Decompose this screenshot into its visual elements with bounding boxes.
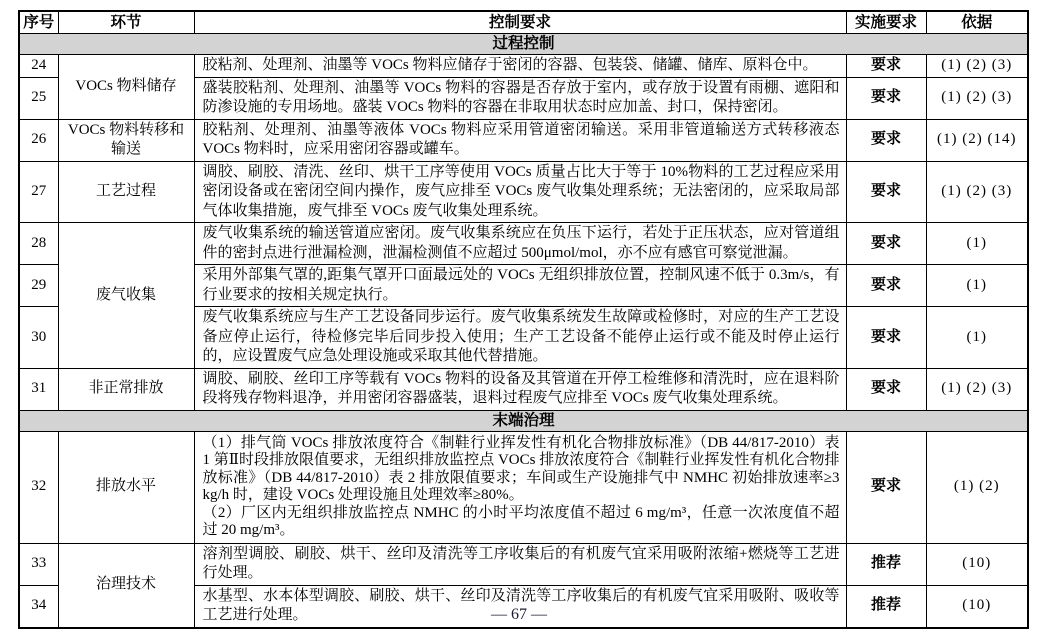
table-row: 31 非正常排放 调胶、刷胶、丝印工序等载有 VOCs 物料的设备及其管道在开停…	[19, 368, 1028, 410]
section-title-process-control: 过程控制	[19, 34, 1028, 55]
basis-cell: (1) (2)	[926, 431, 1028, 543]
seq-cell: 31	[19, 368, 58, 410]
control-requirement-cell: 胶粘剂、处理剂、油墨等液体 VOCs 物料应采用管道密闭输送。采用非管道输送方式…	[194, 119, 846, 161]
impl-requirement-cell: 要求	[846, 223, 926, 265]
stage-cell-emission-level: 排放水平	[58, 431, 194, 543]
control-requirement-cell: 调胶、刷胶、丝印工序等载有 VOCs 物料的设备及其管道在开停工检维修和清洗时，…	[194, 368, 846, 410]
header-basis: 依据	[926, 11, 1028, 34]
table-header-row: 序号 环节 控制要求 实施要求 依据	[19, 11, 1028, 34]
basis-cell: (1)	[926, 307, 1028, 369]
header-seq: 序号	[19, 11, 58, 34]
seq-cell: 26	[19, 119, 58, 161]
table-row: 32 排放水平 （1）排气筒 VOCs 排放浓度符合《制鞋行业挥发性有机化合物排…	[19, 431, 1028, 543]
header-stage: 环节	[58, 11, 194, 34]
table-row: 24 VOCs 物料储存 胶粘剂、处理剂、油墨等 VOCs 物料应储存于密闭的容…	[19, 55, 1028, 78]
table-row: 27 工艺过程 调胶、刷胶、清洗、丝印、烘干工序等使用 VOCs 质量占比大于等…	[19, 161, 1028, 223]
stage-cell-gas-collection: 废气收集	[58, 223, 194, 369]
table-row: 28 废气收集 废气收集系统的输送管道应密闭。废气收集系统应在负压下运行，若处于…	[19, 223, 1028, 265]
section-title-end-treatment: 末端治理	[19, 410, 1028, 431]
seq-cell: 27	[19, 161, 58, 223]
basis-cell: (1) (2) (14)	[926, 119, 1028, 161]
impl-requirement-cell: 要求	[846, 431, 926, 543]
basis-cell: (1) (2) (3)	[926, 77, 1028, 119]
impl-requirement-cell: 要求	[846, 265, 926, 307]
table-row: 33 治理技术 溶剂型调胶、刷胶、烘干、丝印及清洗等工序收集后的有机废气宜采用吸…	[19, 543, 1028, 585]
basis-cell: (1) (2) (3)	[926, 368, 1028, 410]
seq-cell: 24	[19, 55, 58, 78]
impl-requirement-cell: 推荐	[846, 543, 926, 585]
control-requirement-cell: （1）排气筒 VOCs 排放浓度符合《制鞋行业挥发性有机化合物排放标准》（DB …	[194, 431, 846, 543]
section-row-process-control: 过程控制	[19, 34, 1028, 55]
table-row: 26 VOCs 物料转移和输送 胶粘剂、处理剂、油墨等液体 VOCs 物料应采用…	[19, 119, 1028, 161]
control-requirement-cell: 溶剂型调胶、刷胶、烘干、丝印及清洗等工序收集后的有机废气宜采用吸附浓缩+燃烧等工…	[194, 543, 846, 585]
seq-cell: 33	[19, 543, 58, 585]
control-requirements-table: 序号 环节 控制要求 实施要求 依据 过程控制 24 VOCs 物料储存 胶粘剂…	[18, 10, 1029, 629]
basis-cell: (1) (2) (3)	[926, 55, 1028, 78]
seq-cell: 29	[19, 265, 58, 307]
control-requirement-cell: 废气收集系统应与生产工艺设备同步运行。废气收集系统发生故障或检修时，对应的生产工…	[194, 307, 846, 369]
control-requirement-cell: 废气收集系统的输送管道应密闭。废气收集系统应在负压下运行，若处于正压状态，应对管…	[194, 223, 846, 265]
impl-requirement-cell: 要求	[846, 55, 926, 78]
control-requirement-cell: 盛装胶粘剂、处理剂、油墨等 VOCs 物料的容器是否存放于室内，或存放于设置有雨…	[194, 77, 846, 119]
control-requirement-cell: 调胶、刷胶、清洗、丝印、烘干工序等使用 VOCs 质量占比大于等于 10%物料的…	[194, 161, 846, 223]
impl-requirement-cell: 要求	[846, 119, 926, 161]
seq-cell: 28	[19, 223, 58, 265]
stage-cell-material-transfer: VOCs 物料转移和输送	[58, 119, 194, 161]
impl-requirement-cell: 要求	[846, 77, 926, 119]
basis-cell: (1)	[926, 223, 1028, 265]
seq-cell: 32	[19, 431, 58, 543]
header-impl: 实施要求	[846, 11, 926, 34]
section-row-end-treatment: 末端治理	[19, 410, 1028, 431]
impl-requirement-cell: 要求	[846, 368, 926, 410]
header-control: 控制要求	[194, 11, 846, 34]
control-requirement-cell: 采用外部集气罩的,距集气罩开口面最远处的 VOCs 无组织排放位置，控制风速不低…	[194, 265, 846, 307]
page-number: — 67 —	[0, 606, 1038, 624]
stage-cell-material-storage: VOCs 物料储存	[58, 55, 194, 120]
basis-cell: (1) (2) (3)	[926, 161, 1028, 223]
stage-cell-process: 工艺过程	[58, 161, 194, 223]
control-requirement-cell: 胶粘剂、处理剂、油墨等 VOCs 物料应储存于密闭的容器、包装袋、储罐、储库、原…	[194, 55, 846, 78]
impl-requirement-cell: 要求	[846, 307, 926, 369]
document-page: 序号 环节 控制要求 实施要求 依据 过程控制 24 VOCs 物料储存 胶粘剂…	[0, 0, 1038, 632]
stage-cell-abnormal-emission: 非正常排放	[58, 368, 194, 410]
basis-cell: (1)	[926, 265, 1028, 307]
basis-cell: (10)	[926, 543, 1028, 585]
seq-cell: 25	[19, 77, 58, 119]
impl-requirement-cell: 要求	[846, 161, 926, 223]
seq-cell: 30	[19, 307, 58, 369]
